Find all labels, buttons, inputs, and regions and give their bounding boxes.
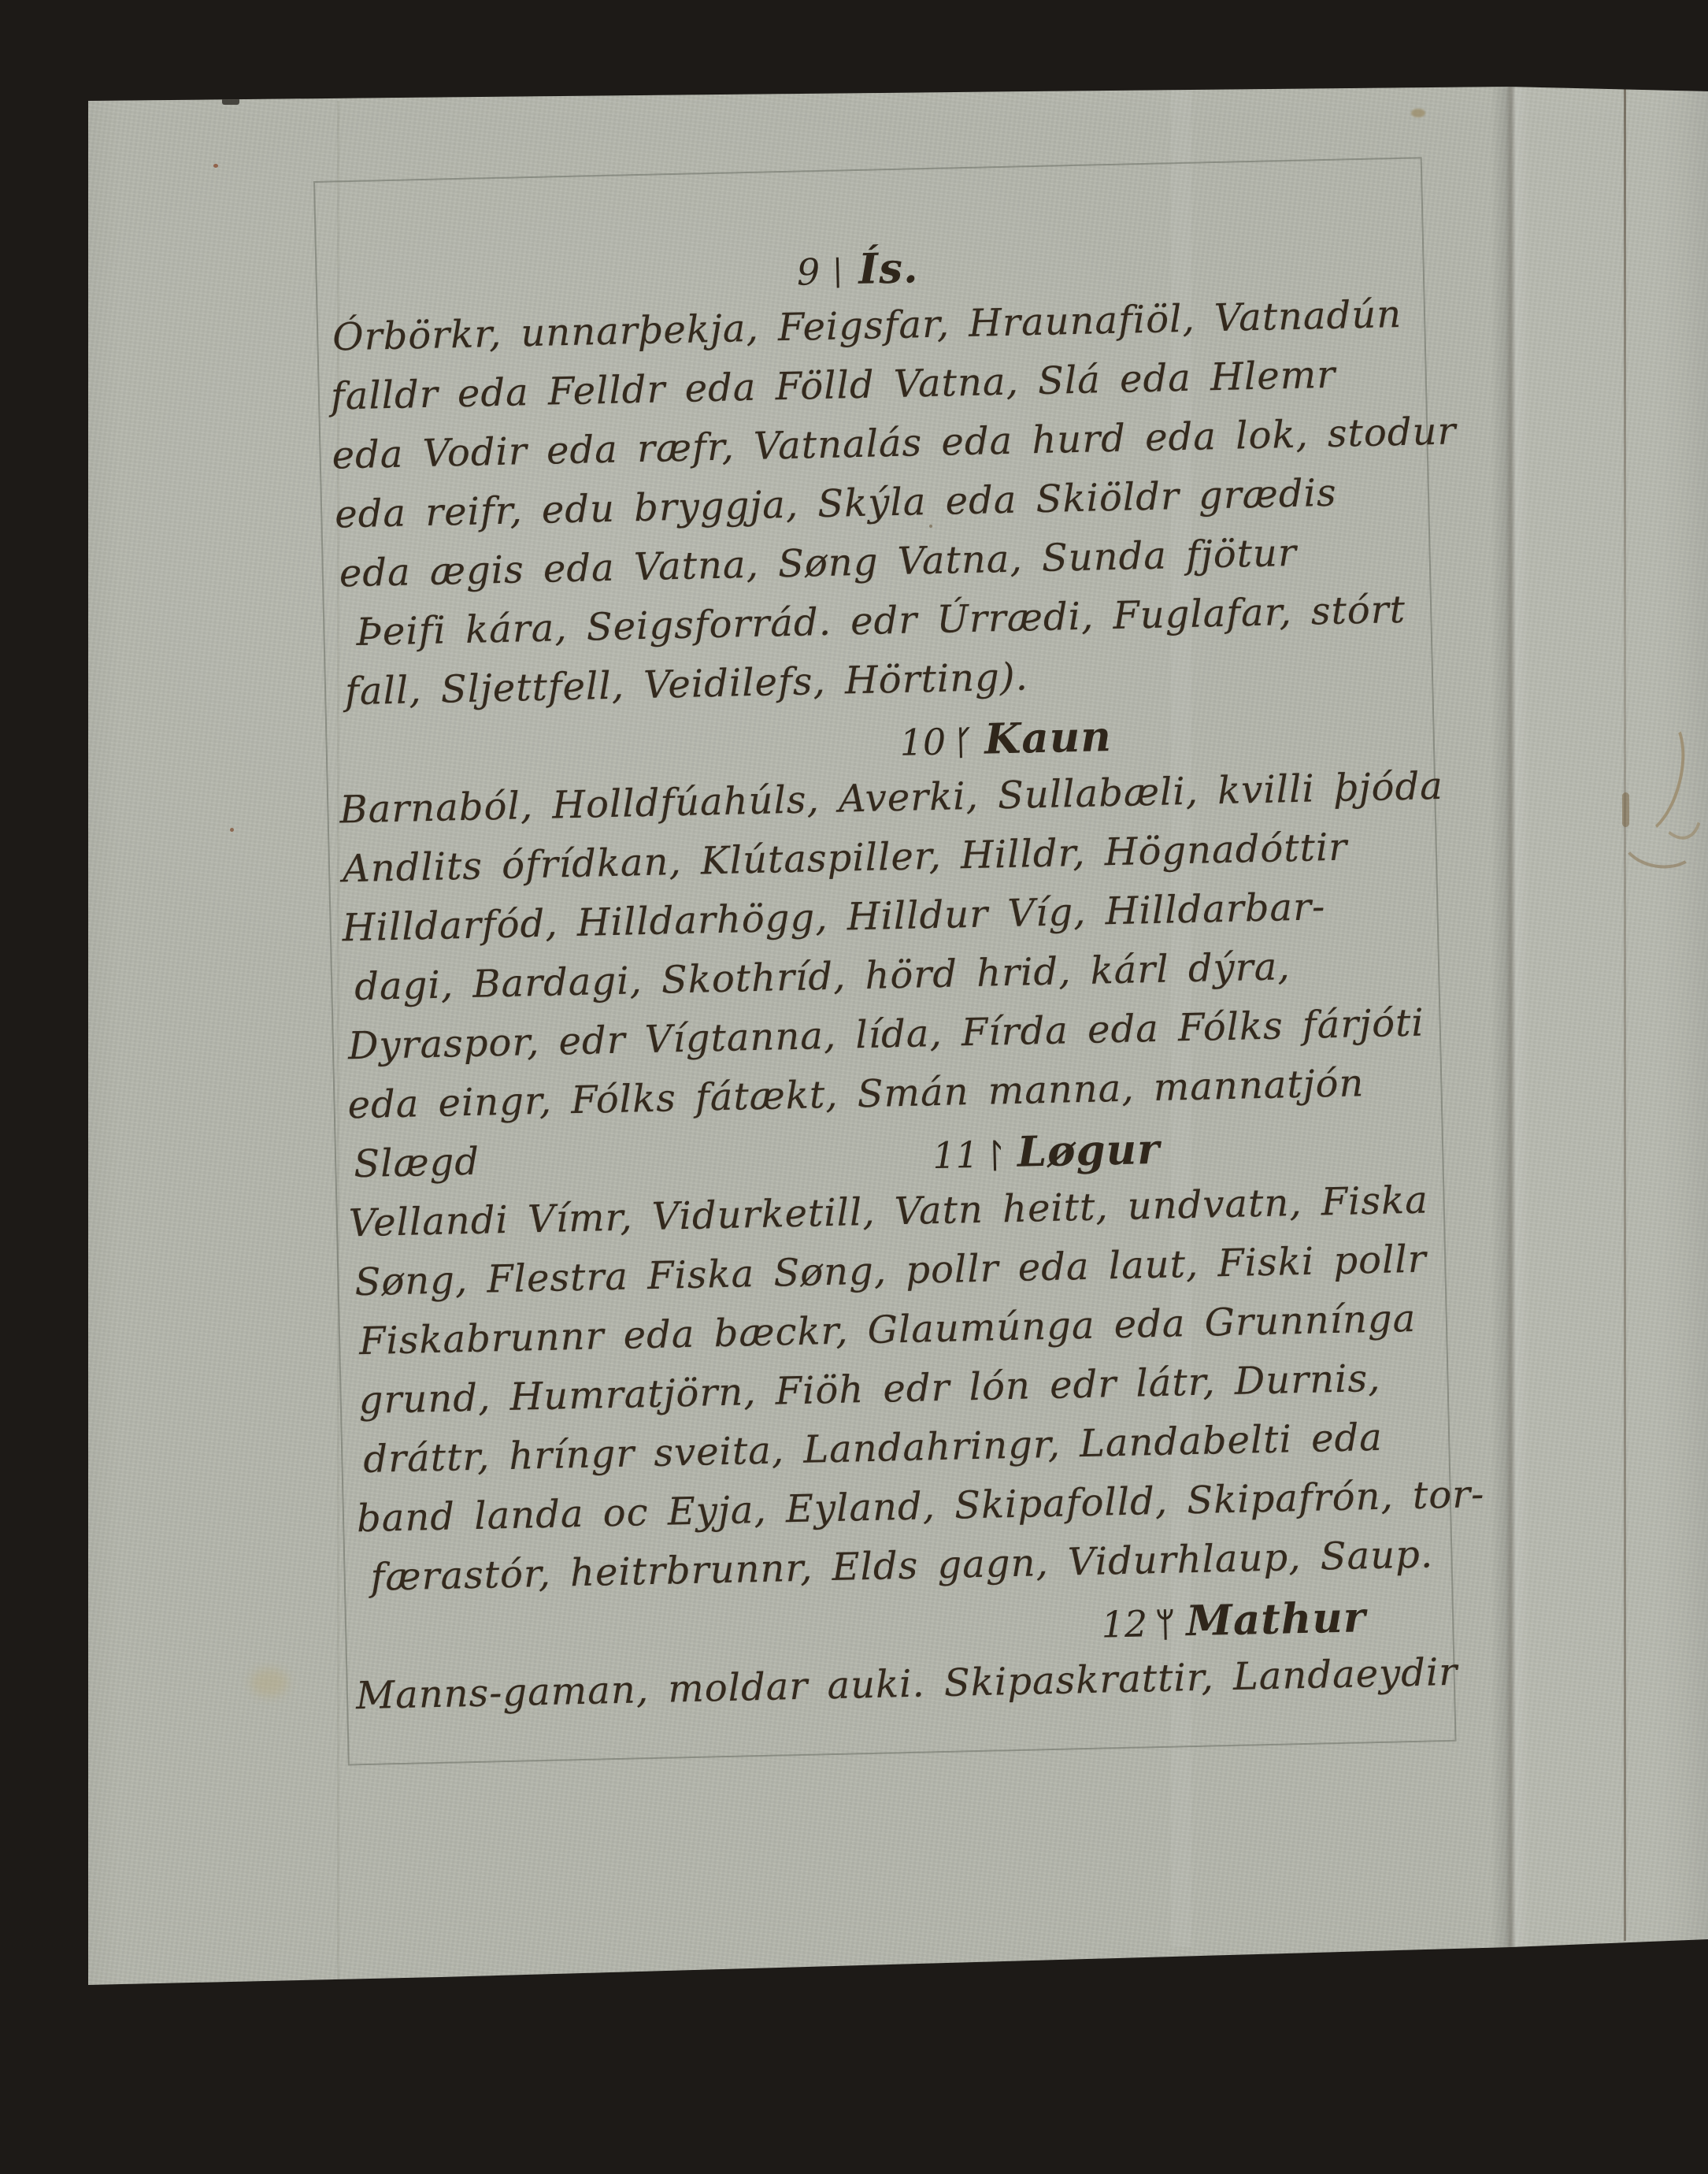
paper-speck xyxy=(222,98,239,105)
section-number: 12 xyxy=(1101,1602,1148,1645)
writing-area: 9ᛁÍs.Órbörkr, unnarþekja, Feigsfar, Hrau… xyxy=(313,157,1454,1765)
rune-icon: ᛘ xyxy=(1155,1605,1176,1645)
section-heading-group: 10ᚴKaun xyxy=(899,712,1113,766)
section-title: Ís. xyxy=(858,243,919,294)
page-paper: 9ᛁÍs.Órbörkr, unnarþekja, Feigsfar, Hrau… xyxy=(0,0,1708,2174)
section-title: Løgur xyxy=(1017,1125,1160,1177)
section-heading-group: 12ᛘMathur xyxy=(1101,1593,1367,1647)
rune-icon: ᚴ xyxy=(954,723,974,762)
manuscript-text: 9ᛁÍs.Órbörkr, unnarþekja, Feigsfar, Hrau… xyxy=(328,229,1608,1733)
section-number: 9 xyxy=(796,250,820,294)
section-number: 10 xyxy=(899,721,947,764)
manuscript-scan: 9ᛁÍs.Órbörkr, unnarþekja, Feigsfar, Hrau… xyxy=(0,0,1708,2174)
paper-stain xyxy=(250,1668,288,1697)
section-title: Mathur xyxy=(1186,1593,1367,1645)
paper-speck xyxy=(1411,109,1425,117)
paper-fibers xyxy=(1622,792,1629,827)
section-heading-group: 9ᛁÍs. xyxy=(796,243,919,295)
section-number: 11 xyxy=(932,1133,980,1177)
paper-speck xyxy=(230,828,234,832)
paper-speck xyxy=(213,164,218,168)
rune-icon: ᛚ xyxy=(986,1136,1006,1175)
binding-tear-line xyxy=(1624,88,1626,1941)
line-text: Slægd xyxy=(354,1140,480,1186)
section-title: Kaun xyxy=(984,712,1113,764)
section-heading-group: 11ᛚLøgur xyxy=(932,1125,1161,1178)
rune-icon: ᛁ xyxy=(828,253,848,292)
